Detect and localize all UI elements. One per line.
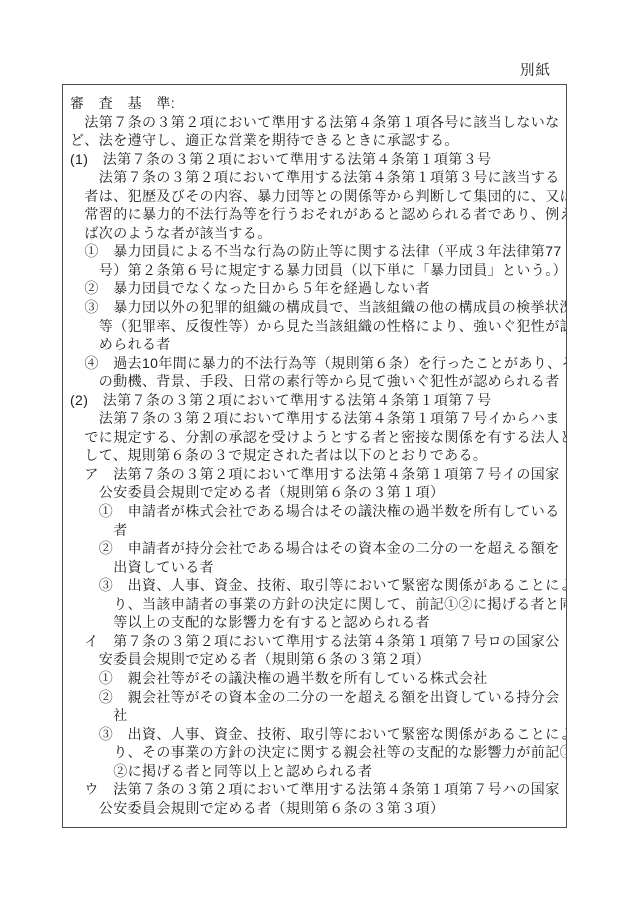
text-line: 公安委員会規則で定める者（規則第６条の３第１項） — [70, 483, 562, 502]
text-line: められる者 — [70, 335, 562, 354]
text-line: イ 第７条の３第２項において準用する法第４条第１項第７号ロの国家公 — [70, 632, 562, 651]
attachment-label: 別紙 — [520, 59, 551, 80]
text-line: の動機、背景、手段、日常の素行等から見て強いぐ犯性が認められる者 — [70, 372, 562, 391]
document-lines: 法第７条の３第２項において準用する法第４条第１項各号に該当しないなど、法を遵守し… — [70, 113, 562, 818]
text-line: ③ 出資、人事、資金、技術、取引等において緊密な関係があることによ — [70, 725, 562, 744]
text-line: ウ 法第７条の３第２項において準用する法第４条第１項第７号ハの国家 — [70, 780, 562, 799]
text-line: ア 法第７条の３第２項において準用する法第４条第１項第７号イの国家 — [70, 465, 562, 484]
text-line: ③ 出資、人事、資金、技術、取引等において緊密な関係があることによ — [70, 576, 562, 595]
text-line: 社 — [70, 706, 562, 725]
text-line: 等（犯罪率、反復性等）から見た当該組織の性格により、強いぐ犯性が認 — [70, 317, 562, 336]
text-line: でに規定する、分割の承認を受けようとする者と密接な関係を有する法人と — [70, 428, 562, 447]
text-line: 者 — [70, 521, 562, 540]
text-line: 法第７条の３第２項において準用する法第４条第１項第３号に該当する — [70, 168, 562, 187]
text-line: 出資している者 — [70, 558, 562, 577]
criteria-box: 審 査 基 準: 法第７条の３第２項において準用する法第４条第１項各号に該当しな… — [62, 84, 567, 828]
page: { "page": { "corner_label": "別紙", "backg… — [0, 0, 630, 903]
text-line: 者は、犯歴及びその内容、暴力団等との関係等から判断して集団的に、又は — [70, 187, 562, 206]
text-line: ② 暴力団員でなくなった日から５年を経過しない者 — [70, 279, 562, 298]
text-line: 法第７条の３第２項において準用する法第４条第１項第７号イからハま — [70, 409, 562, 428]
text-line: ④ 過去10年間に暴力的不法行為等（規則第６条）を行ったことがあり、そ — [70, 354, 562, 373]
text-line: 安委員会規則で定める者（規則第６条の３第２項） — [70, 650, 562, 669]
text-line: 常習的に暴力的不法行為等を行うおそれがあると認められる者であり、例え — [70, 205, 562, 224]
text-line: 号）第２条第６号に規定する暴力団員（以下単に「暴力団員」という。） — [70, 261, 562, 280]
text-line: ば次のような者が該当する。 — [70, 224, 562, 243]
text-line: ① 暴力団員による不当な行為の防止等に関する法律（平成３年法律第77 — [70, 242, 562, 261]
text-line: ② 親会社等がその資本金の二分の一を超える額を出資している持分会 — [70, 688, 562, 707]
text-line: ②に掲げる者と同等以上と認められる者 — [70, 762, 562, 781]
text-line: り、その事業の方針の決定に関する親会社等の支配的な影響力が前記① — [70, 743, 562, 762]
text-line: して、規則第６条の３で規定された者は以下のとおりである。 — [70, 446, 562, 465]
text-line: ど、法を遵守し、適正な営業を期待できるときに承認する。 — [70, 131, 562, 150]
text-line: 等以上の支配的な影響力を有すると認められる者 — [70, 613, 562, 632]
text-line: ② 申請者が持分会社である場合はその資本金の二分の一を超える額を — [70, 539, 562, 558]
text-line: 公安委員会規則で定める者（規則第６条の３第３項） — [70, 799, 562, 818]
text-line: り、当該申請者の事業の方針の決定に関して、前記①②に掲げる者と同 — [70, 595, 562, 614]
document-page: 別紙 審 査 基 準: 法第７条の３第２項において準用する法第４条第１項各号に該… — [0, 0, 630, 903]
text-line: (1) 法第７条の３第２項において準用する法第４条第１項第３号 — [70, 150, 562, 169]
text-line: ① 親会社等がその議決権の過半数を所有している株式会社 — [70, 669, 562, 688]
document-heading: 審 査 基 準: — [70, 94, 562, 113]
text-line: ① 申請者が株式会社である場合はその議決権の過半数を所有している — [70, 502, 562, 521]
text-line: ③ 暴力団以外の犯罪的組織の構成員で、当該組織の他の構成員の検挙状況 — [70, 298, 562, 317]
text-line: (2) 法第７条の３第２項において準用する法第４条第１項第７号 — [70, 391, 562, 410]
text-line: 法第７条の３第２項において準用する法第４条第１項各号に該当しないな — [70, 113, 562, 132]
